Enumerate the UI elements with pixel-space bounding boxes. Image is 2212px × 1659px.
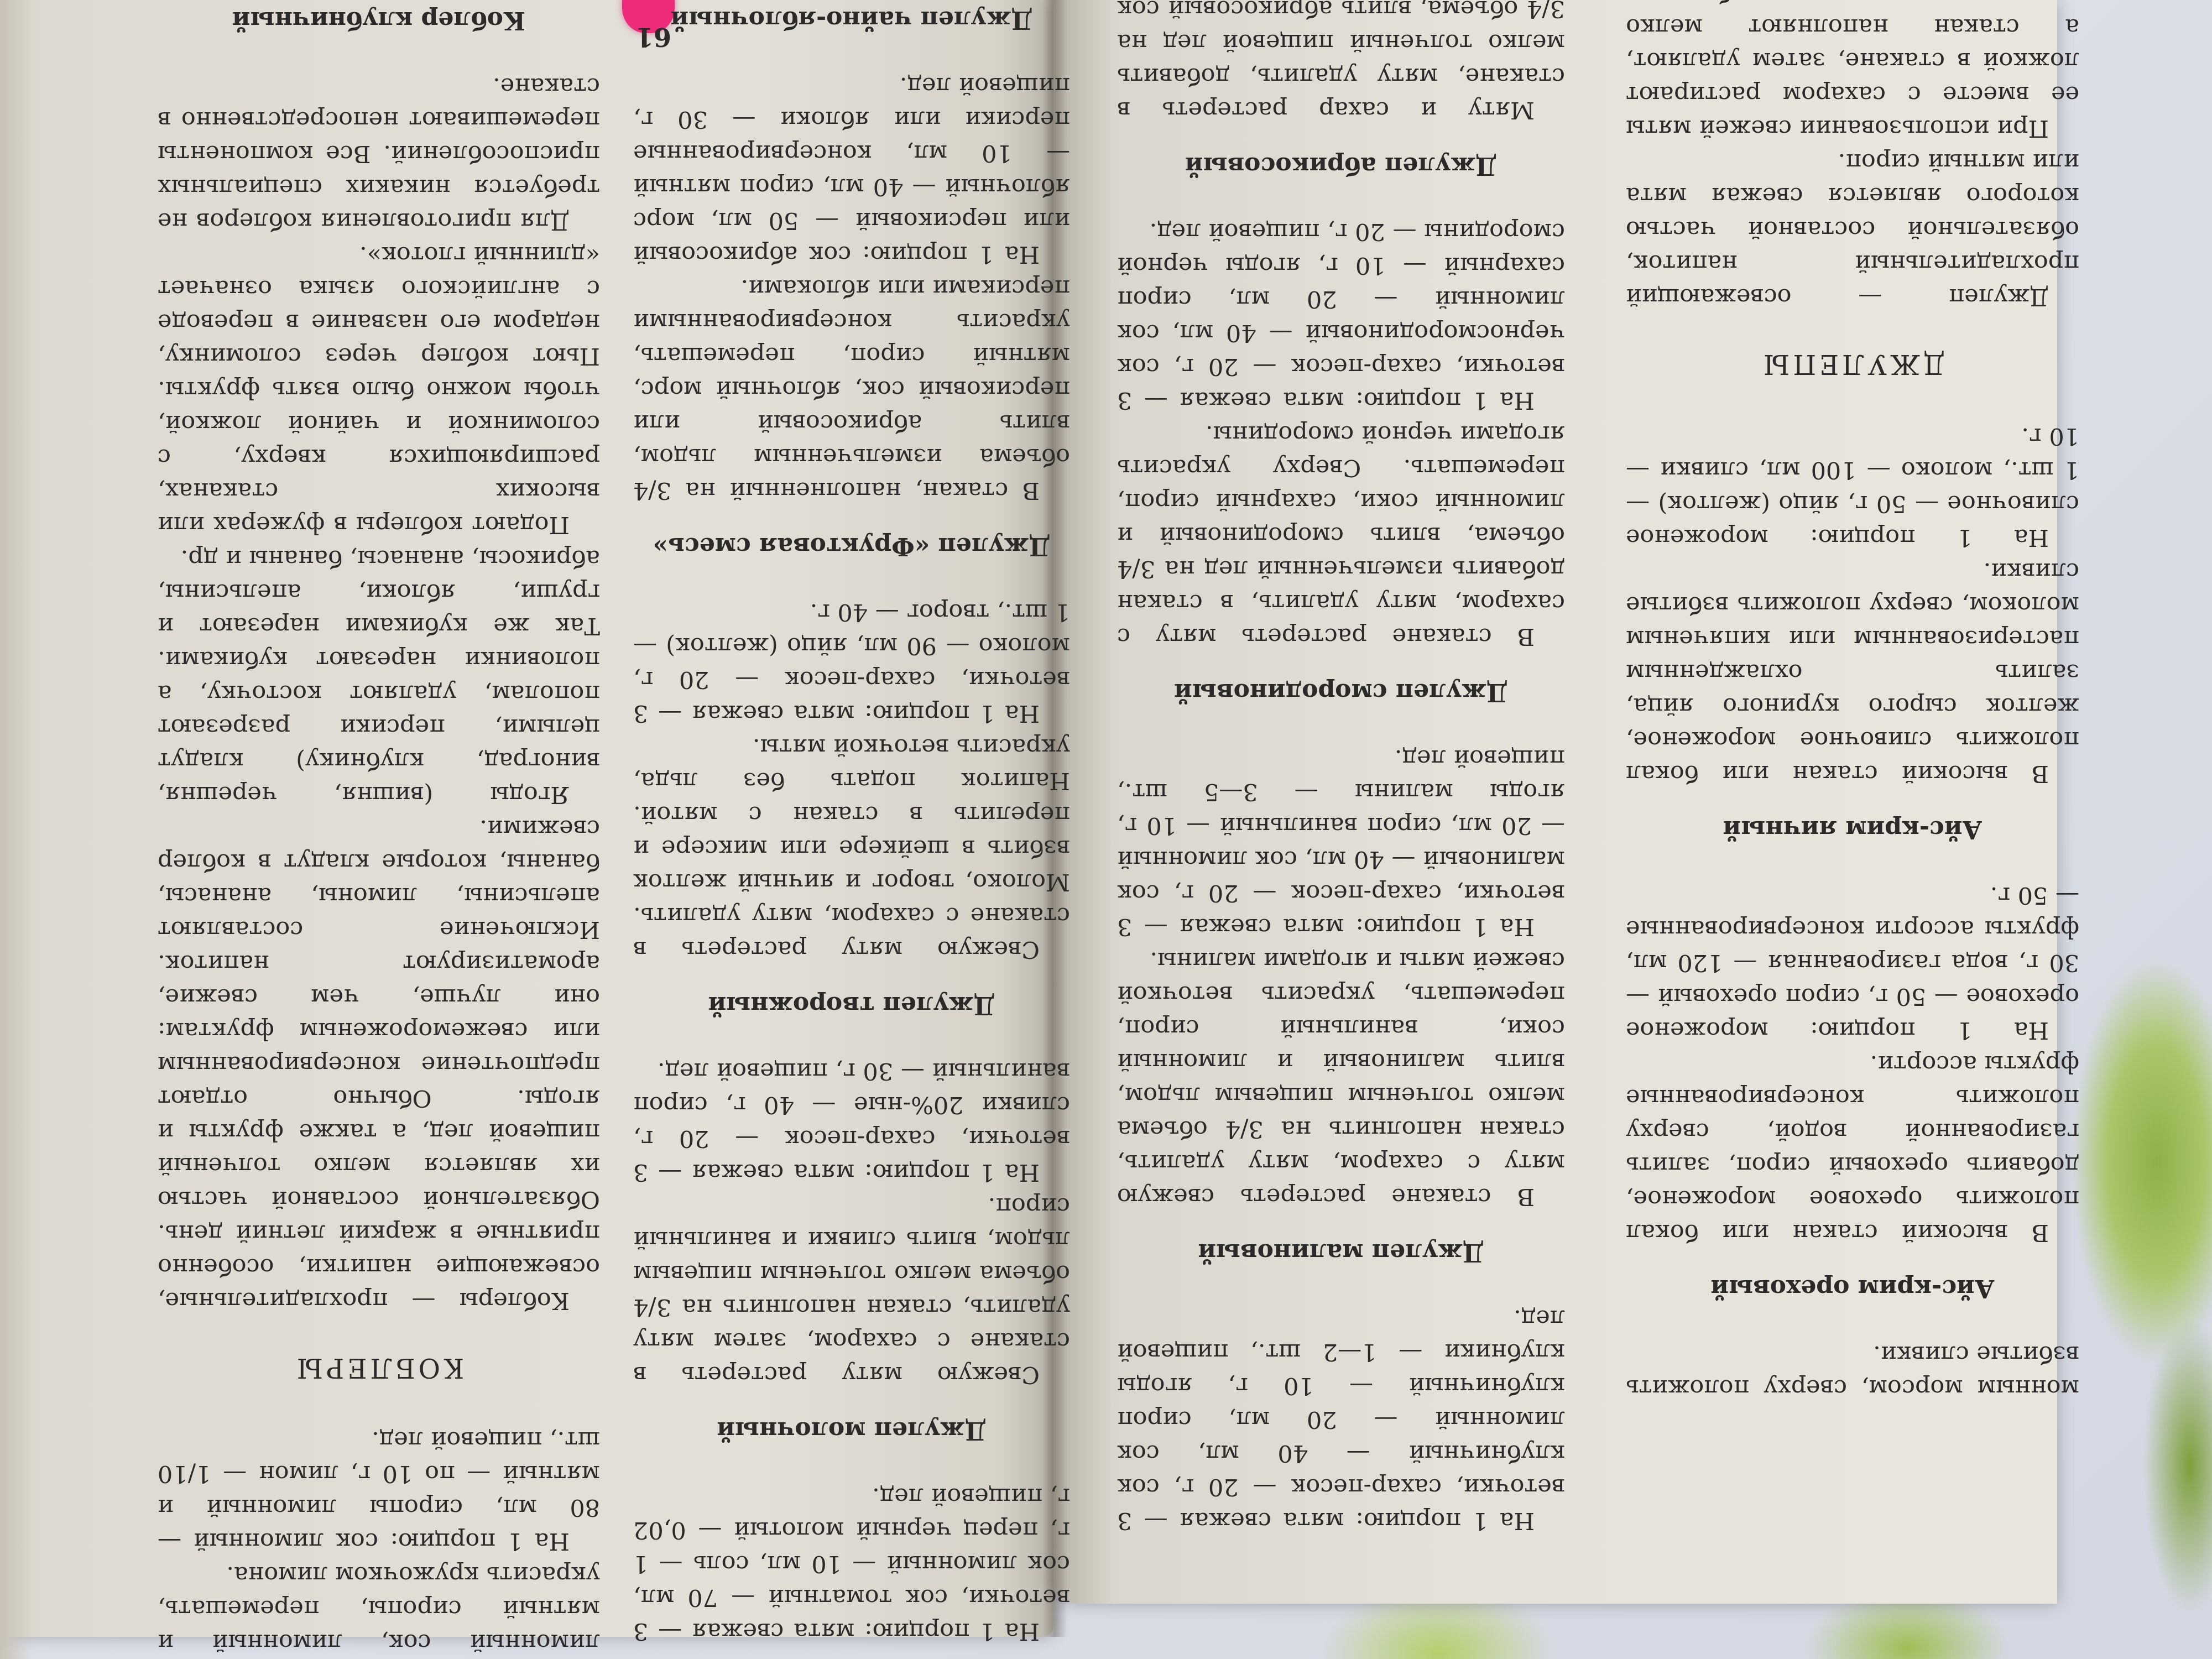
recipe-portion: На 1 порцию: сок абрикосовый или персико…	[633, 69, 1070, 271]
recipe-portion: На 1 порцию: мята свежая — 3 веточки, са…	[1117, 1301, 1565, 1537]
recipe-title: Джулеп чайно-яблочный	[633, 3, 1070, 36]
section-intro: Джулеп — освежающий прохладительный напи…	[1626, 145, 2079, 314]
recipe-portion: На 1 порцию: мята свежая — 3 веточки, со…	[633, 1479, 1070, 1648]
recipe-title: Джулеп молочный	[633, 1413, 1070, 1447]
recipe-method: В стакане растереть свежую мяту с сахаро…	[1117, 943, 1565, 1213]
section-intro: Для приготовления коблеров не требуется …	[158, 69, 600, 238]
recipe-portion: На 1 порцию: мороженое сливочное — 50 г,…	[1626, 419, 2079, 554]
recipe-method: Свежую мяту растереть в стакане с сахаро…	[633, 730, 1070, 966]
recipe-portion: На 1 порцию: мята свежая — 3 веточки, са…	[1117, 215, 1565, 417]
recipe-method: В высокий стакан или бокал положить слив…	[1626, 554, 2079, 790]
section-intro: Подают коблеры в фужерах или высоких ста…	[158, 238, 600, 541]
right-page-outer-column: монным морсом, сверху положить взбитые с…	[1626, 0, 2079, 1405]
recipe-portion: На 1 порцию: мята свежая — 3 веточки, са…	[1117, 741, 1565, 943]
recipe-portion: На 1 порцию: мята свежая — 3 веточки, са…	[633, 1054, 1070, 1189]
recipe-portion: На 1 порцию: мята свежая — 3 веточки, са…	[633, 595, 1070, 730]
recipe-title: Джулеп творожный	[633, 988, 1070, 1022]
paragraph-continuation: лимонный сок, лимонный и мятный сиропы, …	[158, 1558, 600, 1659]
recipe-title: Айс-крим ореховый	[1626, 1271, 2079, 1305]
section-intro: Коблеры — прохладительные, освежающие на…	[158, 811, 600, 1317]
recipe-title: Джулеп «Фруктовая смесь»	[633, 529, 1070, 563]
recipe-method: В высокий стакан или бокал положить орех…	[1626, 1047, 2079, 1249]
left-page-outer-column: лимонный сок, лимонный и мятный сиропы, …	[158, 66, 600, 1659]
recipe-method: Свежую мяту растереть в стакане с сахаро…	[633, 1189, 1070, 1391]
recipe-portion: На 1 порцию: мороженое ореховое — 50 г, …	[1626, 878, 2079, 1047]
recipe-portion: На 1 порцию: сок лимонный — 80 мл, сироп…	[158, 1423, 600, 1558]
recipe-method: Мяту и сахар растереть в стакане, мяту у…	[1117, 0, 1565, 127]
recipe-title: Джулеп абрикосовый	[1117, 149, 1565, 182]
recipe-title: Айс-крим яичный	[1626, 812, 2079, 846]
section-title: ДЖУЛЕПЫ	[1626, 347, 2079, 380]
recipe-title: Джулеп малиновый	[1117, 1235, 1565, 1269]
recipe-title: Коблер клубничный	[158, 3, 600, 37]
paragraph-continuation: монным морсом, сверху положить взбитые с…	[1626, 1337, 2079, 1405]
right-page-inner-column: На 1 порцию: мята свежая — 3 веточки, са…	[1117, 0, 1565, 1537]
left-page-inner-column: На 1 порцию: мята свежая — 3 веточки, со…	[633, 0, 1070, 1648]
section-title: КОБЛЕРЫ	[158, 1350, 600, 1384]
recipe-method: В стакан, наполненный на 3/4 объема изме…	[633, 271, 1070, 507]
section-intro: Ягоды (вишня, черешня, виноград, клубник…	[158, 541, 600, 811]
recipe-method: В стакане растереть мяту с сахаром, мяту…	[1117, 417, 1565, 653]
section-intro: При использовании свежей мяты ее вместе …	[1626, 0, 2079, 145]
recipe-title: Джулеп смородиновый	[1117, 675, 1565, 709]
page-edge-shadow	[0, 0, 33, 1659]
